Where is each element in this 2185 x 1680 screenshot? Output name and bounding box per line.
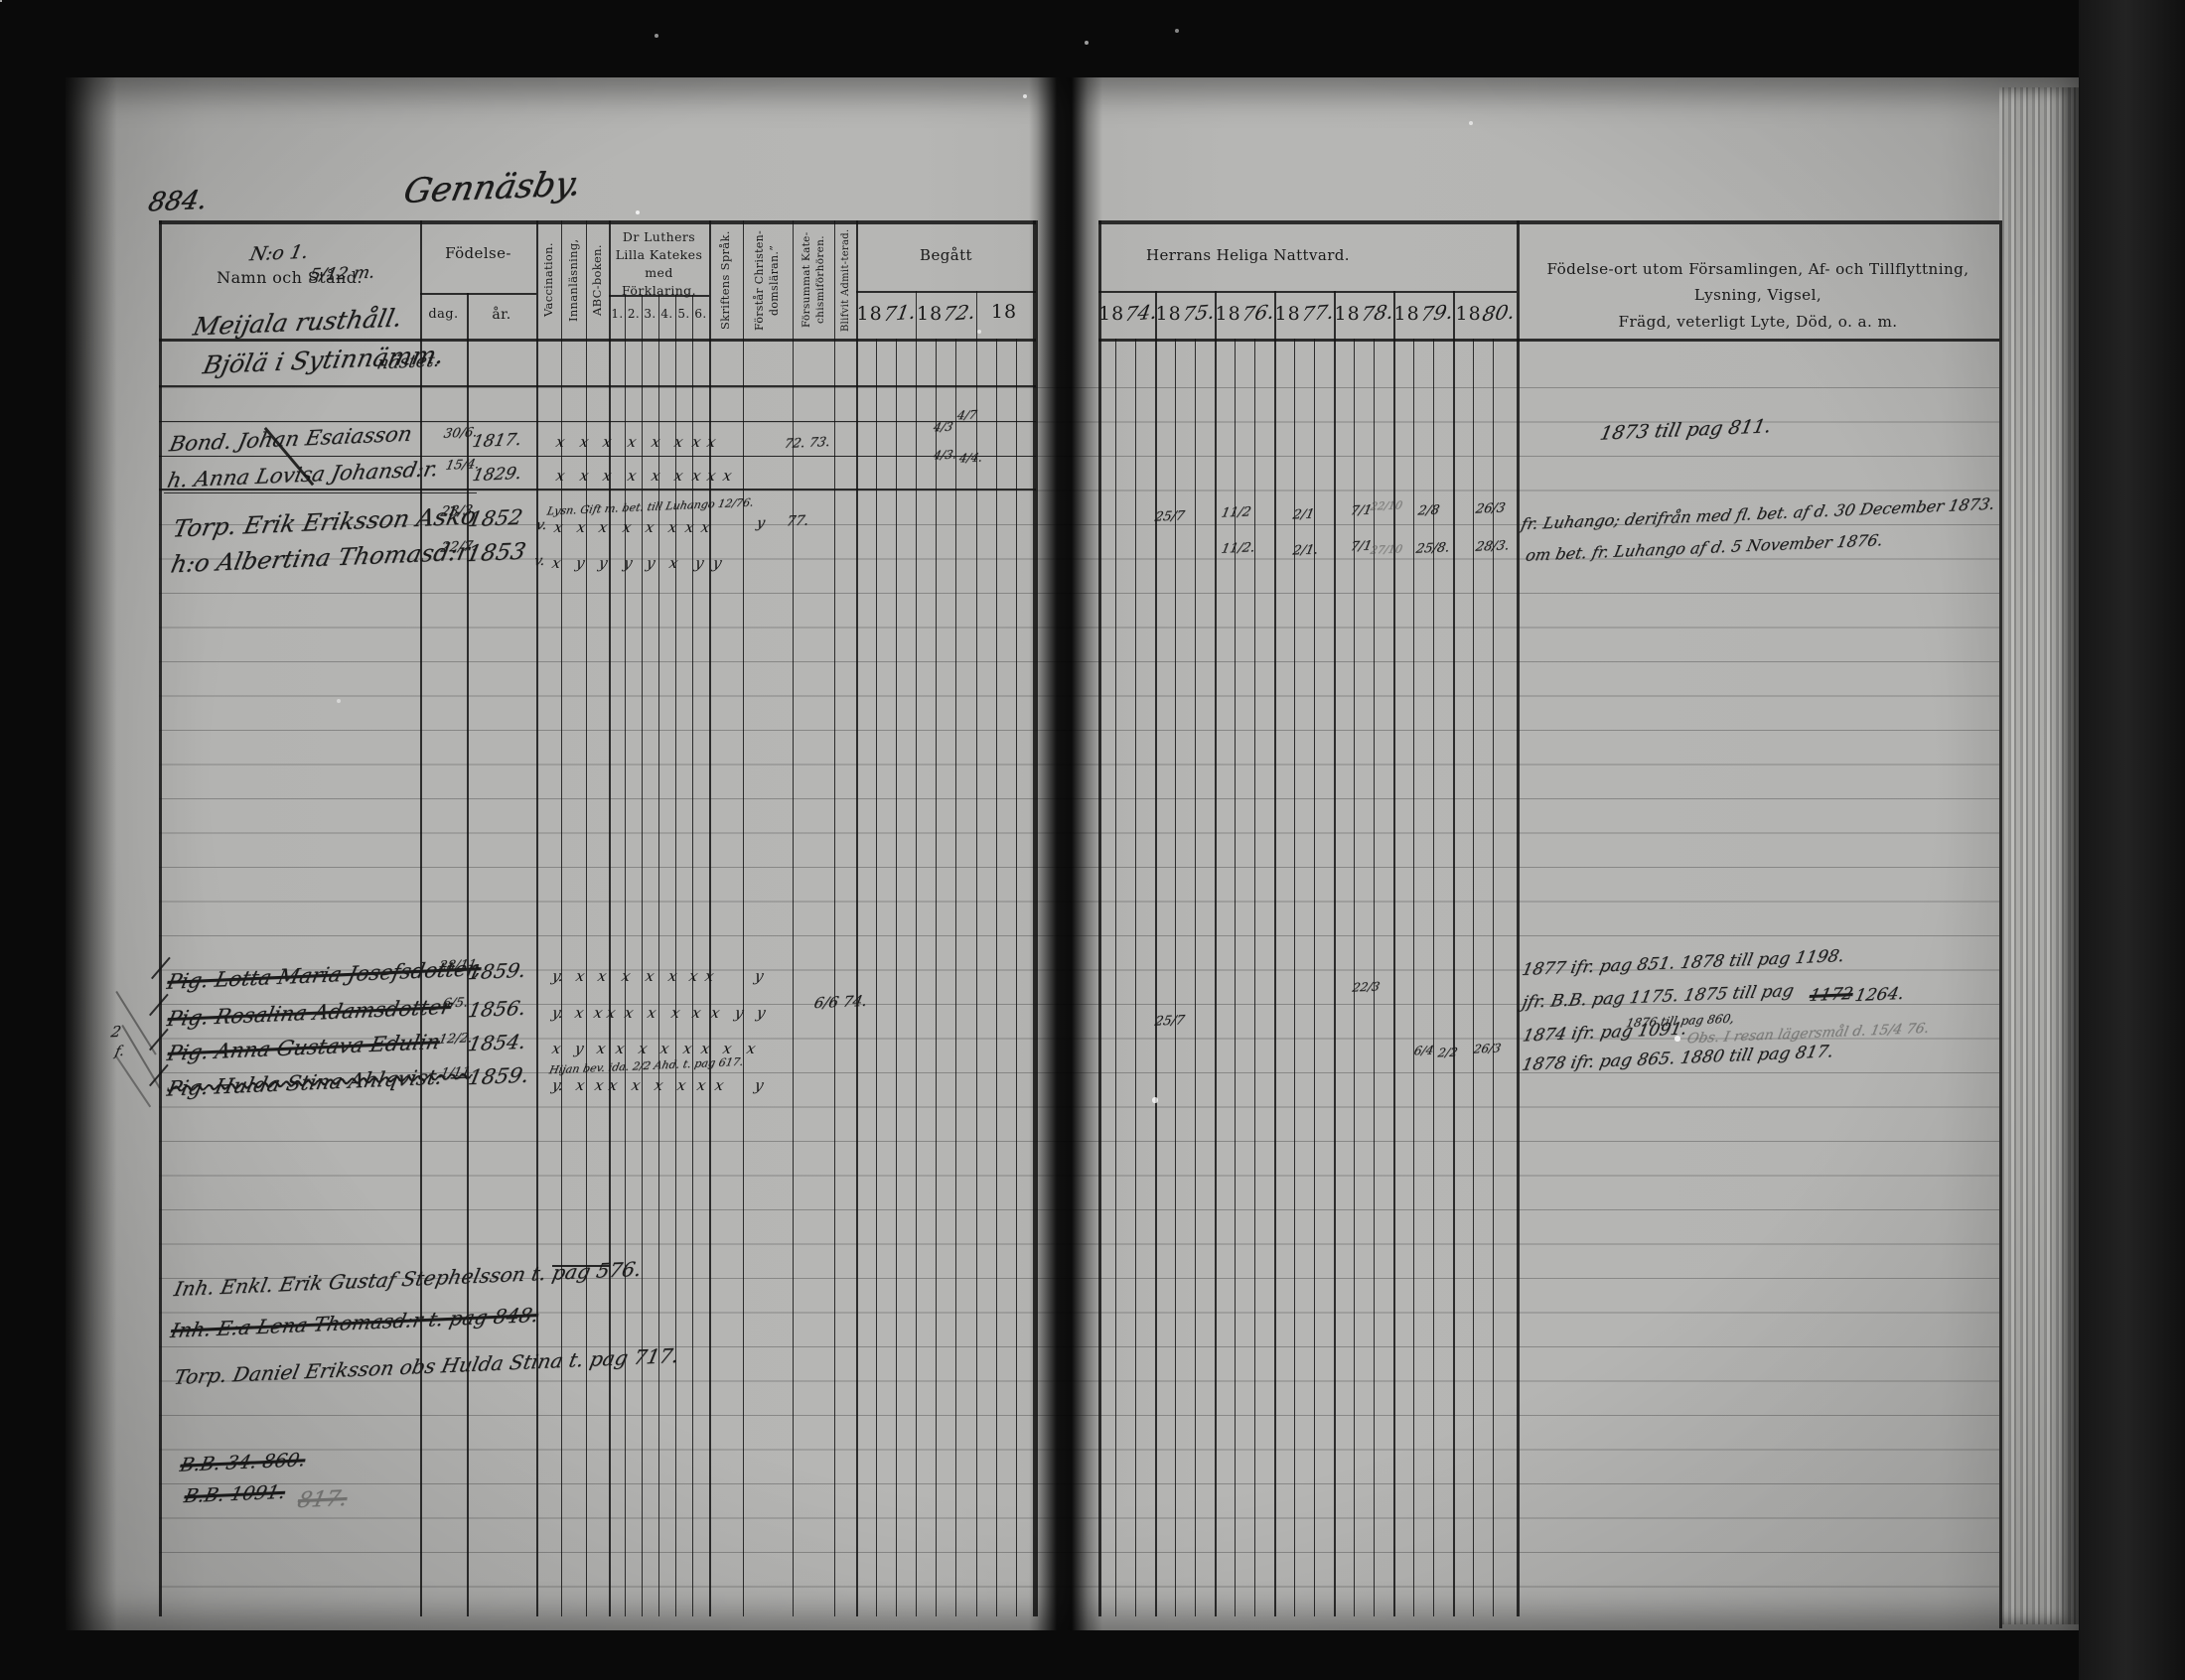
grid-vline	[561, 220, 562, 1616]
grid-hline	[1098, 339, 1999, 342]
year-cell-1880: 1880.	[1453, 293, 1517, 339]
katekes-sub-5-label: 5.	[677, 307, 689, 321]
handwritten-entry: 1817.	[471, 432, 523, 451]
katekes-sub-3-label: 3.	[644, 307, 655, 321]
handwritten-entry: 1172	[1808, 986, 1854, 1005]
innanlasning-label: Innanläsning,	[566, 224, 582, 336]
grid-vline	[1374, 339, 1375, 1616]
nattvard-label: Herrans Heliga Nattvard.	[1146, 246, 1350, 264]
handwritten-entry: 2/2	[1437, 1047, 1459, 1059]
year-cell-1871: 1871.	[856, 293, 916, 339]
grid-vline	[1433, 339, 1434, 1616]
handwritten-entry: 4/3.	[933, 449, 958, 462]
year-1876-hand: 76.	[1239, 300, 1275, 327]
katekes-label: Dr Luthers Lilla Katekes med Förklaring.	[609, 228, 709, 301]
year-cell-18-blank: 18	[976, 293, 1033, 339]
year-1876-printed: 18	[1216, 303, 1241, 325]
pen-stroke	[552, 1265, 610, 1267]
grid-vline	[675, 295, 676, 1616]
grid-vline	[1294, 339, 1295, 1616]
grid-vline	[1354, 339, 1355, 1616]
year-1878-printed: 18	[1335, 303, 1361, 325]
year-cell-1877: 1877.	[1274, 293, 1334, 339]
skriftens-column-header: Skriftens Språk.	[709, 220, 743, 339]
handwritten-entry: 1829.	[471, 466, 523, 485]
year-cell-1872: 1872.	[916, 293, 976, 339]
notes-header-line1: Födelse-ort utom Församlingen, Af- och T…	[1517, 256, 1999, 309]
grid-vline	[625, 295, 626, 1616]
grid-vline	[1413, 339, 1414, 1616]
notes-column-header: Födelse-ort utom Församlingen, Af- och T…	[1517, 220, 1999, 339]
year-cell-1876: 1876.	[1215, 293, 1274, 339]
katekes-sub-4: 4.	[658, 295, 675, 339]
year-1874-hand: 74.	[1123, 300, 1159, 327]
birth-day-header: dag.	[420, 293, 467, 339]
handwritten-entry: 4/4.	[958, 452, 984, 465]
handwritten-entry: 1859.	[467, 1065, 531, 1089]
year-1879-hand: 79.	[1418, 300, 1454, 327]
book-gutter-shadow	[1029, 77, 1102, 1630]
birth-year-label: år.	[492, 307, 510, 323]
forsummat-column-header: Försummat Kate-chismiförhören.	[793, 220, 834, 339]
handwritten-entry: 2/1	[1292, 508, 1316, 522]
grid-vline	[936, 339, 937, 1616]
handwritten-entry: 25/8.	[1414, 541, 1450, 555]
innanlasning-column-header: Innanläsning,	[561, 220, 586, 339]
grid-vline	[159, 220, 162, 1616]
grid-vline	[709, 220, 711, 1616]
year-cell-1874: 1874.	[1098, 293, 1155, 339]
notes-header-line2: Frägd, veterligt Lyte, Död, o. a. m.	[1619, 309, 1898, 336]
begatt-label: Begått	[920, 246, 972, 264]
grid-hline	[159, 385, 1036, 387]
vaccination-column-header: Vaccination.	[536, 220, 561, 339]
handwritten-entry: 28/3.	[1474, 539, 1510, 553]
handwritten-entry: 25/7	[1154, 1014, 1186, 1028]
dust-specks	[0, 0, 2, 2]
year-cell-1879: 1879.	[1393, 293, 1453, 339]
grid-vline	[1517, 220, 1520, 1616]
page-stack-edge	[1999, 87, 2079, 1624]
scanner-side-panel	[2079, 0, 2185, 1680]
grid-vline	[1999, 220, 2002, 1628]
birth-column-header: Födelse-	[420, 220, 536, 293]
katekes-sub-1-label: 1.	[611, 307, 623, 321]
handwritten-entry: 6/5.	[442, 996, 470, 1010]
katekes-sub-3: 3.	[642, 295, 658, 339]
handwritten-entry: 2/1.	[1292, 543, 1320, 557]
grid-hline	[159, 421, 1036, 422]
grid-vline	[1274, 291, 1276, 1616]
grid-vline	[642, 295, 643, 1616]
handwritten-entry: 884.	[146, 188, 210, 216]
grid-vline	[609, 220, 611, 1616]
handwritten-entry: 1854.	[467, 1032, 528, 1053]
handwritten-entry: 5/12 m.	[308, 265, 376, 285]
blifvit-label: Blifvit Admit-terad.	[840, 224, 851, 336]
grid-vline	[793, 220, 794, 1616]
grid-vline	[1135, 339, 1136, 1616]
scanned-book-page: 884. Gennäsby. Namn och Stånd. Födelse- …	[0, 0, 2185, 1680]
grid-vline	[1334, 291, 1336, 1616]
year-1875-printed: 18	[1156, 303, 1182, 325]
grid-vline	[1155, 291, 1157, 1616]
grid-vline	[1473, 339, 1474, 1616]
forstar-label: Förstår Christen-domsläran.”	[753, 224, 783, 336]
year-cell-1875: 1875.	[1155, 293, 1215, 339]
skriftens-label: Skriftens Språk.	[718, 224, 734, 336]
grid-hline	[164, 492, 477, 493]
grid-vline	[586, 220, 587, 1616]
handwritten-entry: 26/3	[1473, 1042, 1503, 1054]
handwritten-entry: 11/2.	[1220, 541, 1255, 555]
handwritten-entry: 6/4	[1413, 1045, 1435, 1057]
grid-vline	[467, 293, 469, 1616]
grid-vline	[1453, 291, 1455, 1616]
year-1871-hand: 71.	[881, 300, 917, 327]
grid-vline	[692, 295, 693, 1616]
grid-vline	[1314, 339, 1315, 1616]
handwritten-entry: B.B. 1091.	[183, 1483, 287, 1506]
handwritten-entry: 4/7	[956, 409, 978, 422]
grid-vline	[536, 220, 538, 1616]
grid-vline	[1493, 339, 1494, 1616]
grid-vline	[896, 339, 897, 1616]
year-1871-printed: 18	[857, 303, 883, 325]
book-left-spine-shadow	[66, 77, 117, 1630]
handwritten-entry: 4/3	[933, 421, 954, 434]
grid-vline	[1175, 339, 1176, 1616]
year-1878-hand: 78.	[1359, 300, 1394, 327]
handwritten-entry: 27/10	[1370, 543, 1403, 555]
handwritten-entry: 2/8	[1417, 504, 1441, 518]
begatt-header: Begått	[856, 220, 1036, 291]
forsummat-label: Försummat Kate-chismiförhören.	[800, 224, 827, 336]
grid-vline	[1235, 339, 1236, 1616]
grid-hline	[159, 489, 1036, 490]
katekes-sub-2-label: 2.	[628, 307, 640, 321]
birth-year-header: år.	[467, 293, 536, 339]
handwritten-entry: 26/3	[1475, 501, 1507, 515]
handwritten-entry: N:o 1.	[248, 243, 310, 265]
grid-vline	[1115, 339, 1116, 1616]
handwritten-entry: 817.	[295, 1488, 349, 1512]
grid-vline	[834, 220, 835, 1616]
year-cell-1878: 1878.	[1334, 293, 1393, 339]
grid-vline	[1254, 339, 1255, 1616]
birth-label: Födelse-	[445, 244, 511, 262]
katekes-sub-2: 2.	[626, 295, 642, 339]
handwritten-entry: Gennäsby.	[401, 167, 585, 209]
katekes-sub-6-label: 6.	[694, 307, 706, 321]
grid-vline	[955, 339, 956, 1616]
katekes-sub-1: 1.	[609, 295, 626, 339]
handwritten-entry: 77.	[785, 514, 809, 529]
year-1877-hand: 77.	[1299, 300, 1335, 327]
year-1872-hand: 72.	[942, 300, 977, 327]
handwritten-entry: 22/3	[1352, 980, 1382, 993]
handwritten-entry: 1859.	[467, 960, 528, 982]
handwritten-entry: 11/2	[1221, 505, 1252, 519]
grid-vline	[1195, 339, 1196, 1616]
grid-vline	[420, 220, 422, 1616]
year-1872-printed: 18	[917, 303, 943, 325]
vaccination-label: Vaccination.	[541, 224, 557, 336]
grid-vline	[1215, 291, 1217, 1616]
handwritten-entry: 22/10	[1370, 499, 1403, 511]
grid-vline	[1393, 291, 1395, 1616]
handwritten-entry: 1852	[467, 507, 524, 530]
grid-hline	[159, 339, 1036, 342]
year-1880-hand: 80.	[1480, 300, 1516, 327]
nattvard-header: Herrans Heliga Nattvard.	[1098, 220, 1517, 291]
handwritten-entry: 1856.	[467, 998, 528, 1020]
forstar-column-header: Förstår Christen-domsläran.”	[743, 220, 793, 339]
year-1880-printed: 18	[1456, 303, 1482, 325]
grid-vline	[996, 339, 997, 1616]
grid-vline	[1016, 339, 1017, 1616]
year-1875-hand: 75.	[1180, 300, 1216, 327]
handwritten-entry: 6/6 74.	[812, 994, 868, 1011]
handwritten-entry: 25/7	[1154, 509, 1186, 523]
katekes-sub-6: 6.	[692, 295, 709, 339]
grid-vline	[743, 220, 744, 1616]
grid-vline	[856, 220, 858, 1616]
handwritten-entry: 72. 73.	[783, 436, 831, 451]
birth-day-label: dag.	[428, 307, 458, 322]
abc-boken-label: ABC-boken.	[590, 224, 606, 336]
handwritten-entry: 1853	[464, 541, 527, 567]
abc-boken-column-header: ABC-boken.	[586, 220, 609, 339]
blifvit-column-header: Blifvit Admit-terad.	[834, 220, 856, 339]
katekes-sub-5: 5.	[675, 295, 692, 339]
handwritten-entry: 1264.	[1853, 986, 1906, 1005]
grid-vline	[876, 339, 877, 1616]
year-1877-printed: 18	[1275, 303, 1301, 325]
katekes-column-header: Dr Luthers Lilla Katekes med Förklaring.	[609, 220, 709, 295]
katekes-sub-4-label: 4.	[660, 307, 672, 321]
handwritten-entry: nästet.	[375, 352, 442, 373]
grid-vline	[658, 295, 659, 1616]
year-18-printed: 18	[991, 301, 1017, 323]
year-1879-printed: 18	[1394, 303, 1420, 325]
